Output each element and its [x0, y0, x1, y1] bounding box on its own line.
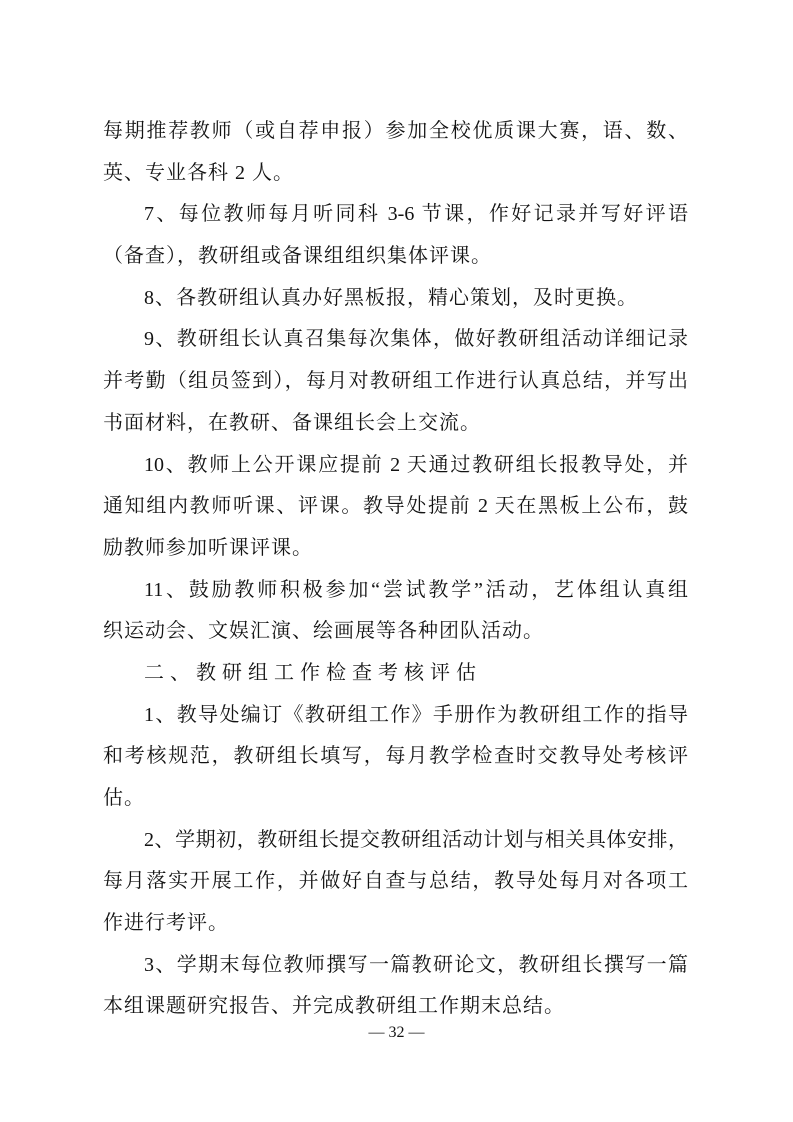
- document-page: 每期推荐教师（或自荐申报）参加全校优质课大赛，语、数、 英、专业各科 2 人。 …: [0, 0, 793, 1122]
- text-line: （备查），教研组或备课组组织集体评课。: [103, 236, 688, 278]
- page-number: — 32 —: [0, 1023, 793, 1043]
- text-line: 2、学期初，教研组长提交教研组活动计划与相关具体安排，: [103, 820, 688, 862]
- text-line: 8、各教研组认真办好黑板报，精心策划，及时更换。: [103, 278, 688, 320]
- text-line: 11、鼓励教师积极参加“尝试教学”活动，艺体组认真组: [103, 570, 688, 612]
- text-line: 10、教师上公开课应提前 2 天通过教研组长报教导处，并: [103, 445, 688, 487]
- text-line: 本组课题研究报告、并完成教研组工作期末总结。: [103, 986, 688, 1028]
- section-heading: 二、教研组工作检查考核评估: [103, 653, 688, 695]
- text-line: 3、学期末每位教师撰写一篇教研论文，教研组长撰写一篇: [103, 945, 688, 987]
- document-body: 每期推荐教师（或自荐申报）参加全校优质课大赛，语、数、 英、专业各科 2 人。 …: [103, 111, 688, 1028]
- text-line: 通知组内教师听课、评课。教导处提前 2 天在黑板上公布，鼓: [103, 486, 688, 528]
- text-line: 励教师参加听课评课。: [103, 528, 688, 570]
- text-line: 9、教研组长认真召集每次集体，做好教研组活动详细记录: [103, 319, 688, 361]
- text-line: 1、教导处编订《教研组工作》手册作为教研组工作的指导: [103, 695, 688, 737]
- text-line: 7、每位教师每月听同科 3-6 节课，作好记录并写好评语: [103, 194, 688, 236]
- text-line: 和考核规范，教研组长填写，每月教学检查时交教导处考核评: [103, 736, 688, 778]
- text-line: 织运动会、文娱汇演、绘画展等各种团队活动。: [103, 611, 688, 653]
- text-line: 并考勤（组员签到），每月对教研组工作进行认真总结，并写出: [103, 361, 688, 403]
- text-line: 估。: [103, 778, 688, 820]
- text-line: 书面材料，在教研、备课组长会上交流。: [103, 403, 688, 445]
- text-line: 每期推荐教师（或自荐申报）参加全校优质课大赛，语、数、: [103, 111, 688, 153]
- text-line: 每月落实开展工作，并做好自查与总结，教导处每月对各项工: [103, 861, 688, 903]
- text-line: 英、专业各科 2 人。: [103, 153, 688, 195]
- text-line: 作进行考评。: [103, 903, 688, 945]
